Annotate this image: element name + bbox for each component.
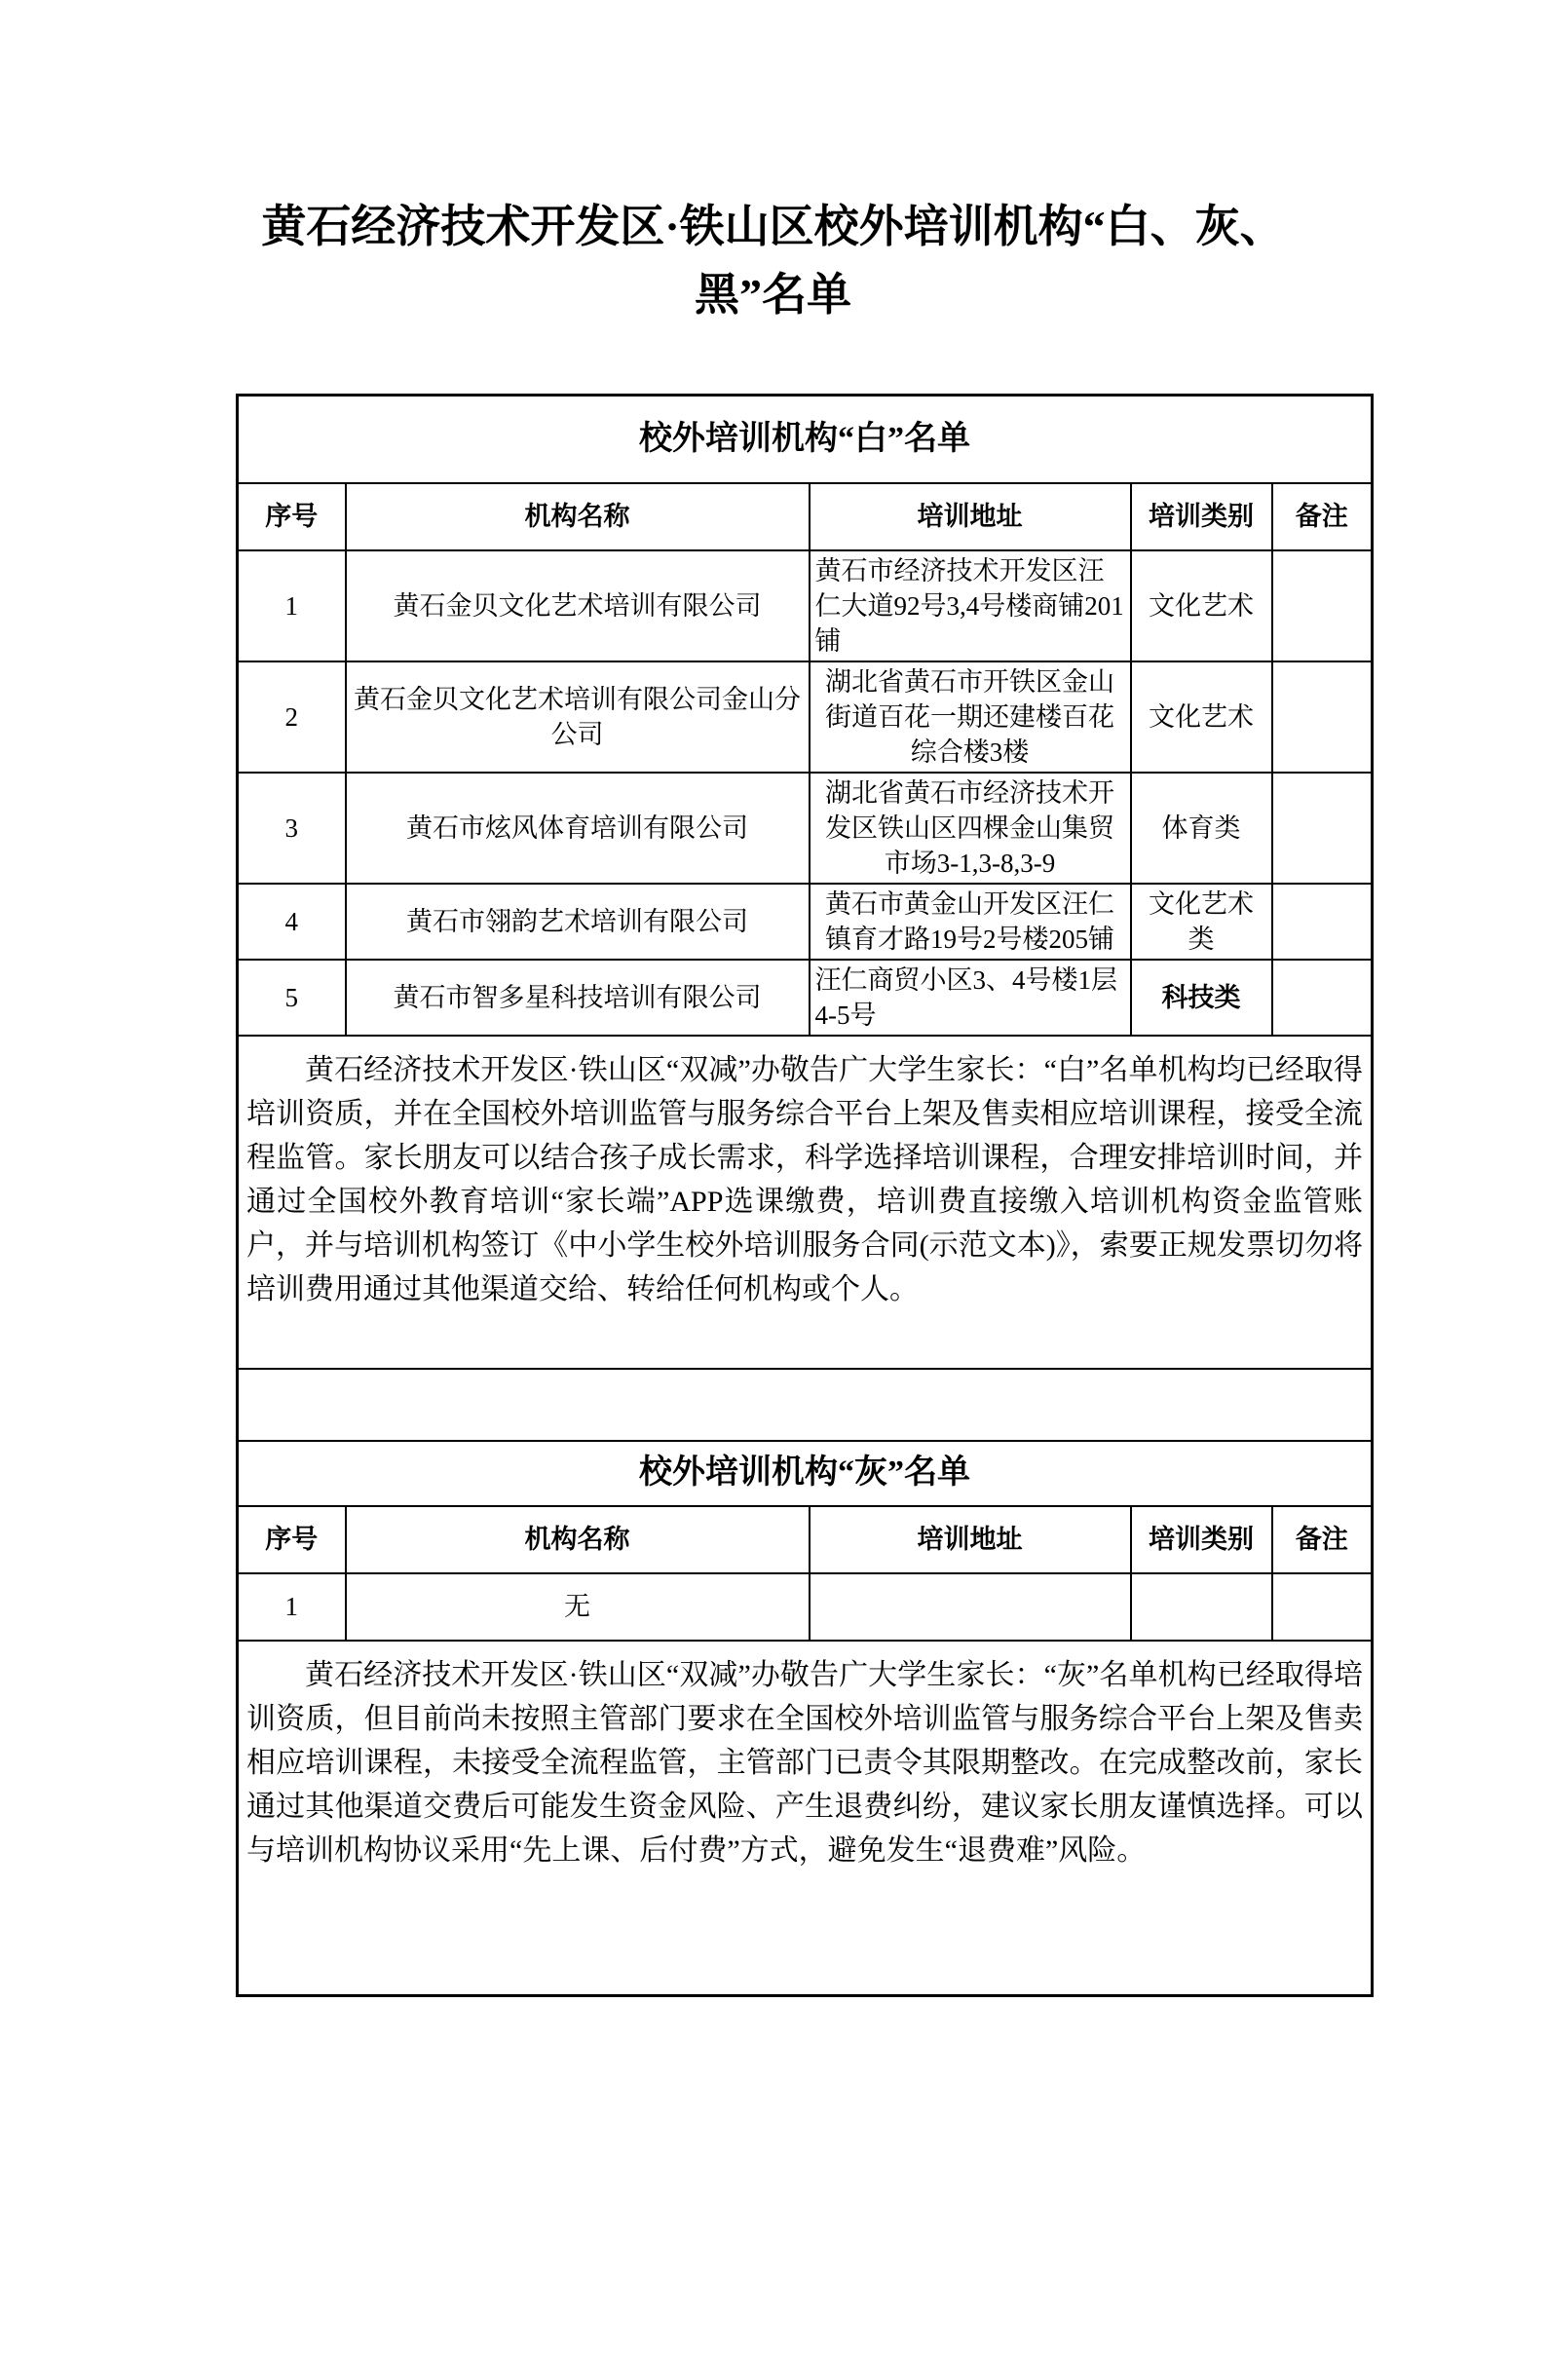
training-institutions-table: 校外培训机构“白”名单 序号 机构名称 培训地址 培训类别 备注 1 黄石金贝文… [236, 394, 1374, 1997]
cell-address: 湖北省黄石市经济技术开发区铁山区四棵金山集贸市场3-1,3-8,3-9 [810, 773, 1131, 884]
cell-address: 黄石市经济技术开发区汪仁大道92号3,4号楼商铺201铺 [810, 550, 1131, 661]
column-header-note: 备注 [1272, 483, 1373, 550]
column-header-name: 机构名称 [346, 483, 810, 550]
cell-no: 3 [238, 773, 346, 884]
cell-category: 文化艺术 [1131, 550, 1272, 661]
cell-no: 1 [238, 1573, 346, 1641]
cell-no: 2 [238, 661, 346, 773]
column-header-no: 序号 [238, 1506, 346, 1573]
white-list-notice: 黄石经济技术开发区·铁山区“双减”办敬告广大学生家长：“白”名单机构均已经取得培… [238, 1036, 1373, 1369]
table-row: 1 黄石金贝文化艺术培训有限公司 黄石市经济技术开发区汪仁大道92号3,4号楼商… [238, 550, 1373, 661]
cell-note [1272, 773, 1373, 884]
cell-name: 黄石市炫风体育培训有限公司 [346, 773, 810, 884]
column-header-note: 备注 [1272, 1506, 1373, 1573]
document-title: 黄石经济技术开发区·铁山区校外培训机构“白、灰、黑”名单 [228, 193, 1319, 329]
cell-name: 黄石市智多星科技培训有限公司 [346, 960, 810, 1036]
cell-name: 黄石市翎韵艺术培训有限公司 [346, 884, 810, 960]
white-list-notice-row: 黄石经济技术开发区·铁山区“双减”办敬告广大学生家长：“白”名单机构均已经取得培… [238, 1036, 1373, 1369]
cell-note [1272, 550, 1373, 661]
spacer-cell [238, 1369, 1373, 1441]
cell-category: 文化艺术类 [1131, 884, 1272, 960]
cell-address [810, 1573, 1131, 1641]
cell-no: 5 [238, 960, 346, 1036]
column-header-category: 培训类别 [1131, 483, 1272, 550]
grey-list-section-header-row: 校外培训机构“灰”名单 [238, 1441, 1373, 1506]
column-header-address: 培训地址 [810, 1506, 1131, 1573]
column-header-category: 培训类别 [1131, 1506, 1272, 1573]
cell-note [1272, 960, 1373, 1036]
cell-name: 黄石金贝文化艺术培训有限公司金山分公司 [346, 661, 810, 773]
cell-address: 黄石市黄金山开发区汪仁镇育才路19号2号楼205铺 [810, 884, 1131, 960]
table-row: 1 无 [238, 1573, 1373, 1641]
grey-list-notice-text: 黄石经济技术开发区·铁山区“双减”办敬告广大学生家长：“灰”名单机构已经取得培训… [246, 1653, 1363, 1872]
cell-note [1272, 1573, 1373, 1641]
grey-list-notice: 黄石经济技术开发区·铁山区“双减”办敬告广大学生家长：“灰”名单机构已经取得培训… [238, 1641, 1373, 1996]
table-row: 4 黄石市翎韵艺术培训有限公司 黄石市黄金山开发区汪仁镇育才路19号2号楼205… [238, 884, 1373, 960]
grey-list-notice-row: 黄石经济技术开发区·铁山区“双减”办敬告广大学生家长：“灰”名单机构已经取得培训… [238, 1641, 1373, 1996]
cell-note [1272, 884, 1373, 960]
cell-category: 体育类 [1131, 773, 1272, 884]
white-list-section-title: 校外培训机构“白”名单 [238, 396, 1373, 483]
cell-no: 1 [238, 550, 346, 661]
cell-note [1272, 661, 1373, 773]
table-row: 2 黄石金贝文化艺术培训有限公司金山分公司 湖北省黄石市开铁区金山街道百花一期还… [238, 661, 1373, 773]
cell-address: 湖北省黄石市开铁区金山街道百花一期还建楼百花综合楼3楼 [810, 661, 1131, 773]
white-list-notice-text: 黄石经济技术开发区·铁山区“双减”办敬告广大学生家长：“白”名单机构均已经取得培… [246, 1048, 1363, 1311]
cell-category [1131, 1573, 1272, 1641]
spacer-row [238, 1369, 1373, 1441]
white-list-column-header-row: 序号 机构名称 培训地址 培训类别 备注 [238, 483, 1373, 550]
cell-address: 汪仁商贸小区3、4号楼1层4-5号 [810, 960, 1131, 1036]
grey-list-column-header-row: 序号 机构名称 培训地址 培训类别 备注 [238, 1506, 1373, 1573]
grey-list-section-title: 校外培训机构“灰”名单 [238, 1441, 1373, 1506]
table-row: 5 黄石市智多星科技培训有限公司 汪仁商贸小区3、4号楼1层4-5号 科技类 [238, 960, 1373, 1036]
cell-category: 科技类 [1131, 960, 1272, 1036]
cell-name: 黄石金贝文化艺术培训有限公司 [346, 550, 810, 661]
column-header-address: 培训地址 [810, 483, 1131, 550]
table-row: 3 黄石市炫风体育培训有限公司 湖北省黄石市经济技术开发区铁山区四棵金山集贸市场… [238, 773, 1373, 884]
cell-no: 4 [238, 884, 346, 960]
column-header-name: 机构名称 [346, 1506, 810, 1573]
cell-name: 无 [346, 1573, 810, 1641]
white-list-section-header-row: 校外培训机构“白”名单 [238, 396, 1373, 483]
cell-category: 文化艺术 [1131, 661, 1272, 773]
column-header-no: 序号 [238, 483, 346, 550]
